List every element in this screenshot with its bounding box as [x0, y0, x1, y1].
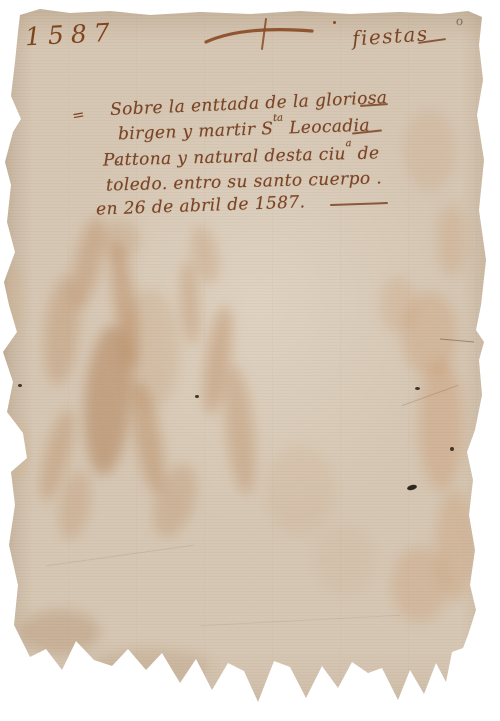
line2-text-end: Leocadia: [283, 116, 370, 139]
line2-text: birgen y martir S: [118, 119, 274, 144]
stain: [265, 445, 335, 535]
year-annotation: 1587: [24, 18, 117, 52]
pencil-circle-annotation: o: [455, 14, 464, 29]
ink-dot: [333, 21, 336, 24]
ink-speck: [415, 387, 420, 390]
stain: [20, 610, 100, 655]
paper-crease: [200, 615, 400, 626]
margin-mark: =: [71, 105, 87, 125]
stain: [10, 420, 30, 480]
manuscript-photo: 1587 fiestas o = Sobre la enttada de la …: [0, 0, 500, 721]
manuscript-line-1: Sobre la enttada de la gloriosa: [110, 88, 388, 120]
line3-superscript: a: [345, 138, 351, 149]
manuscript-line-3: Pattona y natural desta ciua de: [103, 143, 380, 170]
stain: [5, 265, 23, 335]
ink-speck: [407, 484, 418, 491]
stain: [120, 290, 180, 410]
stain: [380, 277, 416, 332]
manuscript-line-2: birgen y martir Sta Leocadia: [118, 116, 371, 145]
header-inscription: fiestas: [351, 21, 429, 50]
stain: [392, 547, 447, 622]
line3-text: Pattona y natural desta ciu: [103, 144, 346, 170]
ink-speck: [450, 447, 454, 451]
stain: [100, 220, 140, 260]
stain: [219, 364, 260, 496]
stain: [437, 205, 467, 275]
header-inscription-word: fiestas: [351, 21, 429, 50]
stain: [90, 648, 210, 683]
cross-flourish-icon: [200, 16, 320, 54]
line3-text-end: de: [352, 143, 380, 164]
flourish-stroke: [330, 202, 388, 206]
stain: [405, 110, 455, 190]
ink-speck: [18, 384, 22, 387]
stain: [39, 274, 84, 387]
paper-crease: [46, 545, 195, 567]
manuscript-line-5: en 26 de abril de 1587.: [96, 192, 306, 219]
stain: [419, 360, 464, 490]
ink-speck: [195, 395, 199, 398]
manuscript-line-4: toledo. entro su santo cuerpo .: [106, 168, 383, 195]
stain: [315, 525, 375, 595]
manuscript-page: 1587 fiestas o = Sobre la enttada de la …: [0, 0, 500, 721]
line2-superscript: ta: [273, 113, 283, 124]
